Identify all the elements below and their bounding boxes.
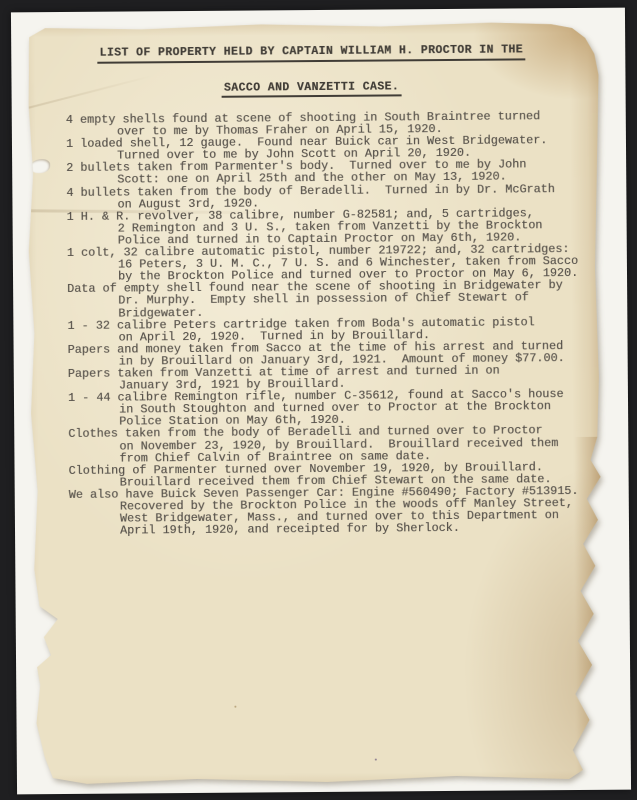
property-list-item: Data of empty shell found near the scene… <box>67 279 593 319</box>
title-line-2: SACCO AND VANZETTI CASE. <box>222 80 401 98</box>
title-line-1: LIST OF PROPERTY HELD BY CAPTAIN WILLIAM… <box>97 43 525 63</box>
property-list-item: 1 colt, 32 calibre automatic pistol, num… <box>67 243 593 283</box>
typewritten-line: April 19th, 1920, and receipted for by S… <box>69 521 595 537</box>
property-list-item: 1 - 44 calibre Remington rifle, number C… <box>68 388 594 428</box>
document-content: LIST OF PROPERTY HELD BY CAPTAIN WILLIAM… <box>21 17 607 788</box>
document-page: LIST OF PROPERTY HELD BY CAPTAIN WILLIAM… <box>21 17 607 788</box>
document-title: LIST OF PROPERTY HELD BY CAPTAIN WILLIAM… <box>21 39 601 100</box>
property-list-item: Clothes taken from the body of Beradelli… <box>68 424 594 464</box>
property-list: 4 empty shells found at scene of shootin… <box>66 110 595 537</box>
paper-speck <box>586 685 589 688</box>
mat-board: LIST OF PROPERTY HELD BY CAPTAIN WILLIAM… <box>11 8 631 795</box>
property-list-item: 1 H. & R. revolver, 38 calibre, number G… <box>66 207 592 247</box>
property-list-item: Papers and money taken from Sacco at the… <box>68 340 594 368</box>
scan-background: { "page": { "colors": { "frame_bg": "#1f… <box>0 0 637 800</box>
paper-shadow-wrapper: LIST OF PROPERTY HELD BY CAPTAIN WILLIAM… <box>21 17 607 788</box>
property-list-item: We also have Buick Seven Passenger Car: … <box>69 485 595 538</box>
